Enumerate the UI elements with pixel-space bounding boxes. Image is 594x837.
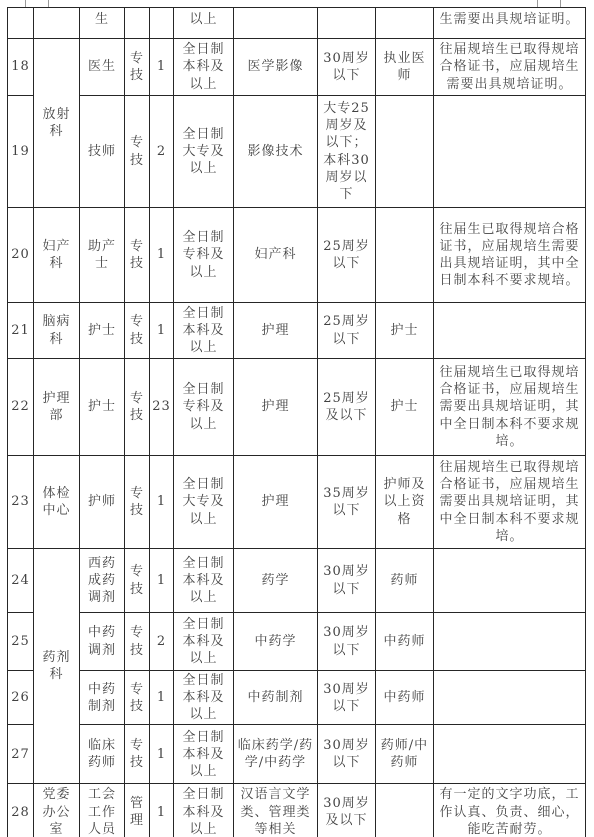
cell-post: 护士 <box>80 359 125 456</box>
cell-post: 西药成药调剂 <box>80 549 125 613</box>
cell-major: 妇产科 <box>234 208 318 303</box>
table-row-25: 25中药调剂专技2全日制本科及以上中药学30周岁以下中药师 <box>8 613 586 671</box>
table-row-23: 23体检中心护师专技1全日制大专及以上护理35周岁以下护师及以上资格往届规培生已… <box>8 456 586 549</box>
cell-qualification: 执业医师 <box>376 39 434 96</box>
table-row-28: 28党委办公室工会工作人员管理1全日制本科及以上汉语言文学类、管理类等相关30周… <box>8 784 586 837</box>
table-row-27: 27临床药师专技1全日制本科及以上临床药学/药学/中药学30周岁以下药师/中药师 <box>8 725 586 784</box>
cell-post: 护士 <box>80 303 125 359</box>
table-row-20: 20妇产科助产士专技1全日制专科及以上妇产科25周岁以下往届生已取得规培合格证书… <box>8 208 586 303</box>
table-row-19: 19技师专技2全日制大专及以上影像技术大专25周岁及以下；本科30周岁以下 <box>8 96 586 208</box>
cell-count: 1 <box>150 39 174 96</box>
cell-major: 临床药学/药学/中药学 <box>234 725 318 784</box>
cell-education: 全日制本科及以上 <box>174 303 234 359</box>
table-row-partial: 生以上生需要出具规培证明。 <box>8 8 586 39</box>
cell-department: 党委办公室 <box>34 784 80 837</box>
table-row-26: 26中药制剂专技1全日制本科及以上中药制剂30周岁以下中药师 <box>8 671 586 725</box>
cell-post: 生 <box>80 8 125 39</box>
cell-seq: 28 <box>8 784 34 837</box>
cell-education: 全日制本科及以上 <box>174 725 234 784</box>
cell-remark: 往届规培生已取得规培合格证书，应届规培生需要出具规培证明，其中全日制本科不要求规… <box>434 456 586 549</box>
cell-qualification: 中药师 <box>376 671 434 725</box>
cell-major: 护理 <box>234 359 318 456</box>
cell-education: 全日制专科及以上 <box>174 359 234 456</box>
cell-department: 护理部 <box>34 359 80 456</box>
table-row-24: 24药剂科西药成药调剂专技1全日制本科及以上药学30周岁以下药师 <box>8 549 586 613</box>
cell-post: 医生 <box>80 39 125 96</box>
cell-seq: 18 <box>8 39 34 96</box>
cell-education: 全日制专科及以上 <box>174 208 234 303</box>
table-row-18: 18放射科医生专技1全日制本科及以上医学影像30周岁以下执业医师往届规培生已取得… <box>8 39 586 96</box>
cell-category: 专技 <box>125 456 150 549</box>
cell-seq: 25 <box>8 613 34 671</box>
cell-age: 30周岁及以下 <box>318 784 376 837</box>
cell-seq: 24 <box>8 549 34 613</box>
cell-department: 脑病科 <box>34 303 80 359</box>
cell-post: 中药制剂 <box>80 671 125 725</box>
cell-post: 助产士 <box>80 208 125 303</box>
cell-qualification: 护士 <box>376 303 434 359</box>
cell-remark <box>434 303 586 359</box>
cell-education: 全日制本科及以上 <box>174 39 234 96</box>
cell-qualification: 护士 <box>376 359 434 456</box>
cell-age: 25周岁及以下 <box>318 359 376 456</box>
cell-remark <box>434 671 586 725</box>
cell-education: 全日制本科及以上 <box>174 613 234 671</box>
table-body: 生以上生需要出具规培证明。18放射科医生专技1全日制本科及以上医学影像30周岁以… <box>8 8 586 837</box>
cell-department <box>34 8 80 39</box>
cell-count: 2 <box>150 96 174 208</box>
cell-remark: 往届规培生已取得规培合格证书，应届规培生需要出具规培证明，其中全日制本科不要求规… <box>434 359 586 456</box>
cell-count: 1 <box>150 208 174 303</box>
cell-education: 全日制本科及以上 <box>174 671 234 725</box>
cell-seq: 23 <box>8 456 34 549</box>
cell-count: 1 <box>150 303 174 359</box>
cell-major: 汉语言文学类、管理类等相关 <box>234 784 318 837</box>
table-row-21: 21脑病科护士专技1全日制本科及以上护理25周岁以下护士 <box>8 303 586 359</box>
cell-category: 专技 <box>125 549 150 613</box>
cell-category: 专技 <box>125 208 150 303</box>
cell-count: 1 <box>150 549 174 613</box>
cell-qualification <box>376 8 434 39</box>
cell-education: 全日制本科及以上 <box>174 784 234 837</box>
cell-category: 专技 <box>125 96 150 208</box>
cell-post: 工会工作人员 <box>80 784 125 837</box>
cell-age: 30周岁以下 <box>318 725 376 784</box>
cell-post: 临床药师 <box>80 725 125 784</box>
cell-qualification <box>376 96 434 208</box>
cell-age <box>318 8 376 39</box>
cell-seq: 20 <box>8 208 34 303</box>
cell-age: 30周岁以下 <box>318 671 376 725</box>
cell-count: 1 <box>150 784 174 837</box>
cell-remark: 生需要出具规培证明。 <box>434 8 586 39</box>
cell-major: 护理 <box>234 456 318 549</box>
cell-seq: 22 <box>8 359 34 456</box>
cell-post: 中药调剂 <box>80 613 125 671</box>
cell-age: 30周岁以下 <box>318 549 376 613</box>
cell-qualification: 护师及以上资格 <box>376 456 434 549</box>
cell-department: 药剂科 <box>34 549 80 784</box>
cell-category: 专技 <box>125 359 150 456</box>
cell-category: 专技 <box>125 613 150 671</box>
cell-remark: 有一定的文字功底，工作认真、负责、细心，能吃苦耐劳。 <box>434 784 586 837</box>
cell-age: 大专25周岁及以下；本科30周岁以下 <box>318 96 376 208</box>
cell-count <box>150 8 174 39</box>
cell-major: 中药学 <box>234 613 318 671</box>
cell-major: 中药制剂 <box>234 671 318 725</box>
recruitment-table: 生以上生需要出具规培证明。18放射科医生专技1全日制本科及以上医学影像30周岁以… <box>7 7 586 837</box>
cell-category: 管理 <box>125 784 150 837</box>
cell-remark <box>434 613 586 671</box>
cell-seq: 27 <box>8 725 34 784</box>
cell-major: 医学影像 <box>234 39 318 96</box>
cell-education: 全日制本科及以上 <box>174 549 234 613</box>
cell-seq: 26 <box>8 671 34 725</box>
cell-remark: 往届生已取得规培合格证书，应届规培生需要出具规培证明，其中全日制本科不要求规培。 <box>434 208 586 303</box>
cell-remark <box>434 549 586 613</box>
cell-education: 全日制大专及以上 <box>174 456 234 549</box>
cell-major: 药学 <box>234 549 318 613</box>
cell-major <box>234 8 318 39</box>
cell-category: 专技 <box>125 39 150 96</box>
cell-department: 妇产科 <box>34 208 80 303</box>
cell-count: 23 <box>150 359 174 456</box>
cell-seq <box>8 8 34 39</box>
cell-remark <box>434 96 586 208</box>
cell-major: 护理 <box>234 303 318 359</box>
cell-post: 技师 <box>80 96 125 208</box>
cell-qualification <box>376 784 434 837</box>
cell-major: 影像技术 <box>234 96 318 208</box>
document-page: 生以上生需要出具规培证明。18放射科医生专技1全日制本科及以上医学影像30周岁以… <box>0 0 594 837</box>
cell-qualification <box>376 208 434 303</box>
cell-age: 25周岁以下 <box>318 208 376 303</box>
cell-remark <box>434 725 586 784</box>
cell-remark: 往届规培生已取得规培合格证书，应届规培生需要出具规培证明。 <box>434 39 586 96</box>
cell-seq: 21 <box>8 303 34 359</box>
cell-age: 35周岁以下 <box>318 456 376 549</box>
cell-education: 全日制大专及以上 <box>174 96 234 208</box>
cell-category: 专技 <box>125 671 150 725</box>
cell-age: 30周岁以下 <box>318 39 376 96</box>
cell-qualification: 药师/中药师 <box>376 725 434 784</box>
cell-category <box>125 8 150 39</box>
cell-count: 1 <box>150 456 174 549</box>
cell-count: 2 <box>150 613 174 671</box>
cell-category: 专技 <box>125 303 150 359</box>
cell-count: 1 <box>150 671 174 725</box>
cell-qualification: 中药师 <box>376 613 434 671</box>
cell-education: 以上 <box>174 8 234 39</box>
cell-age: 25周岁以下 <box>318 303 376 359</box>
cell-post: 护师 <box>80 456 125 549</box>
cell-age: 30周岁以下 <box>318 613 376 671</box>
table-row-22: 22护理部护士专技23全日制专科及以上护理25周岁及以下护士往届规培生已取得规培… <box>8 359 586 456</box>
cell-category: 专技 <box>125 725 150 784</box>
cell-seq: 19 <box>8 96 34 208</box>
cell-count: 1 <box>150 725 174 784</box>
cell-department: 体检中心 <box>34 456 80 549</box>
cell-department: 放射科 <box>34 39 80 208</box>
cell-qualification: 药师 <box>376 549 434 613</box>
